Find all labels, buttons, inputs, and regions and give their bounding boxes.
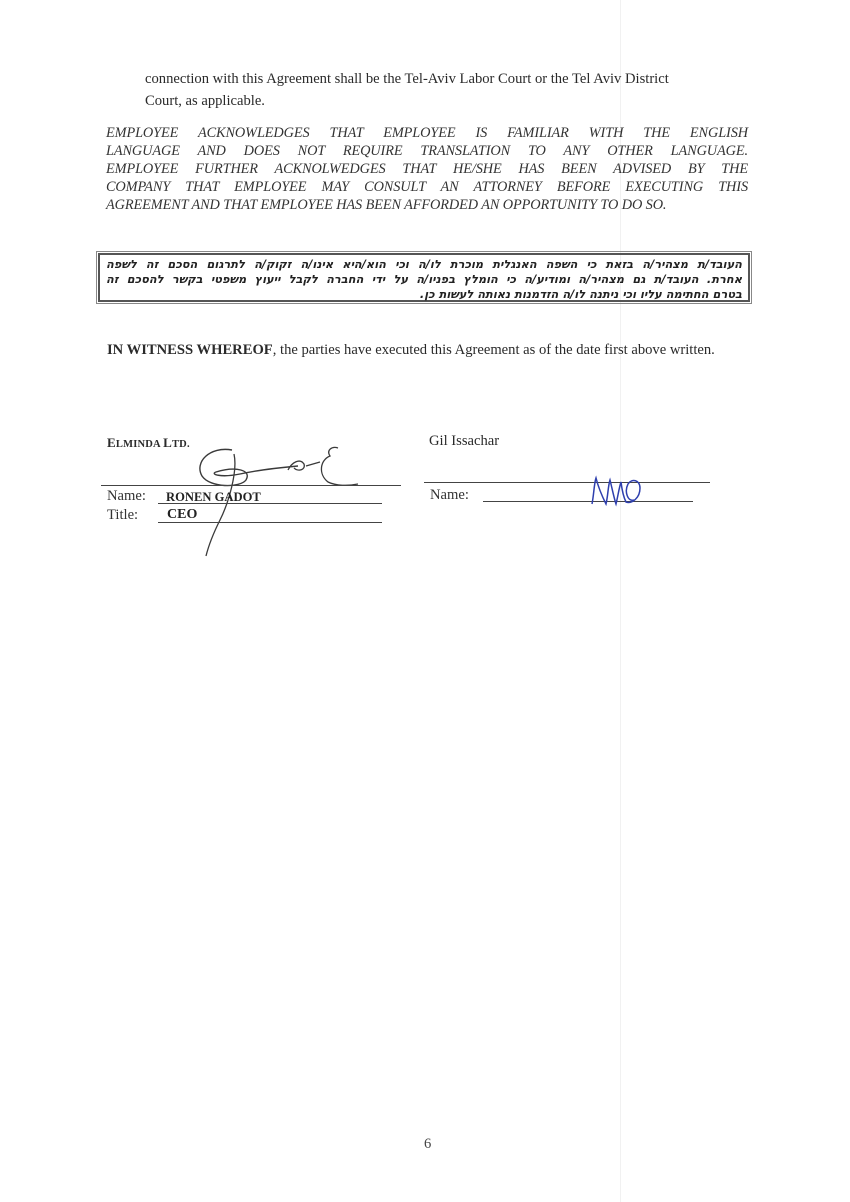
acknowledgement-line: EMPLOYEE FURTHER ACKNOLWEDGES THAT HE/SH… — [106, 160, 748, 178]
hebrew-acknowledgement-box: העובד/ת מצהיר/ה בזאת כי השפה האנגלית מוכ… — [98, 253, 750, 302]
paragraph-line: Court, as applicable. — [145, 93, 265, 109]
title-underline — [158, 522, 382, 523]
hebrew-line: בטרם החתימה עליו וכי ניתנה לו/ה הזדמנות … — [106, 287, 742, 302]
page-number: 6 — [424, 1136, 431, 1153]
witness-lead: IN WITNESS WHEREOF — [107, 342, 273, 358]
company-signature-line — [101, 485, 401, 486]
employee-name-label: Name: — [430, 487, 469, 504]
hebrew-line: אחרת. העובד/ת גם מצהיר/ה ומודיע/ה כי הומ… — [106, 272, 742, 287]
employee-signature — [588, 474, 648, 510]
name-underline — [158, 503, 382, 504]
company-party-name: ELMINDA LTD. — [107, 435, 190, 451]
acknowledgement-line: LANGUAGE AND DOES NOT REQUIRE TRANSLATIO… — [106, 142, 748, 160]
employee-party-name: Gil Issachar — [429, 433, 499, 450]
paragraph-line: connection with this Agreement shall be … — [145, 71, 669, 87]
company-title-label: Title: — [107, 507, 138, 524]
witness-rest: , the parties have executed this Agreeme… — [273, 342, 715, 358]
hebrew-line: העובד/ת מצהיר/ה בזאת כי השפה האנגלית מוכ… — [106, 257, 742, 272]
company-signatory-title: CEO — [167, 507, 197, 523]
acknowledgement-line: EMPLOYEE ACKNOWLEDGES THAT EMPLOYEE IS F… — [106, 124, 748, 142]
english-acknowledgement: EMPLOYEE ACKNOWLEDGES THAT EMPLOYEE IS F… — [106, 124, 748, 214]
jurisdiction-paragraph: connection with this Agreement shall be … — [145, 68, 750, 112]
acknowledgement-line: COMPANY THAT EMPLOYEE MAY CONSULT AN ATT… — [106, 178, 748, 196]
acknowledgement-line: AGREEMENT AND THAT EMPLOYEE HAS BEEN AFF… — [106, 196, 748, 214]
employee-signature-line — [424, 482, 710, 483]
witness-clause: IN WITNESS WHEREOF, the parties have exe… — [107, 341, 749, 360]
company-name-label: Name: — [107, 488, 146, 505]
